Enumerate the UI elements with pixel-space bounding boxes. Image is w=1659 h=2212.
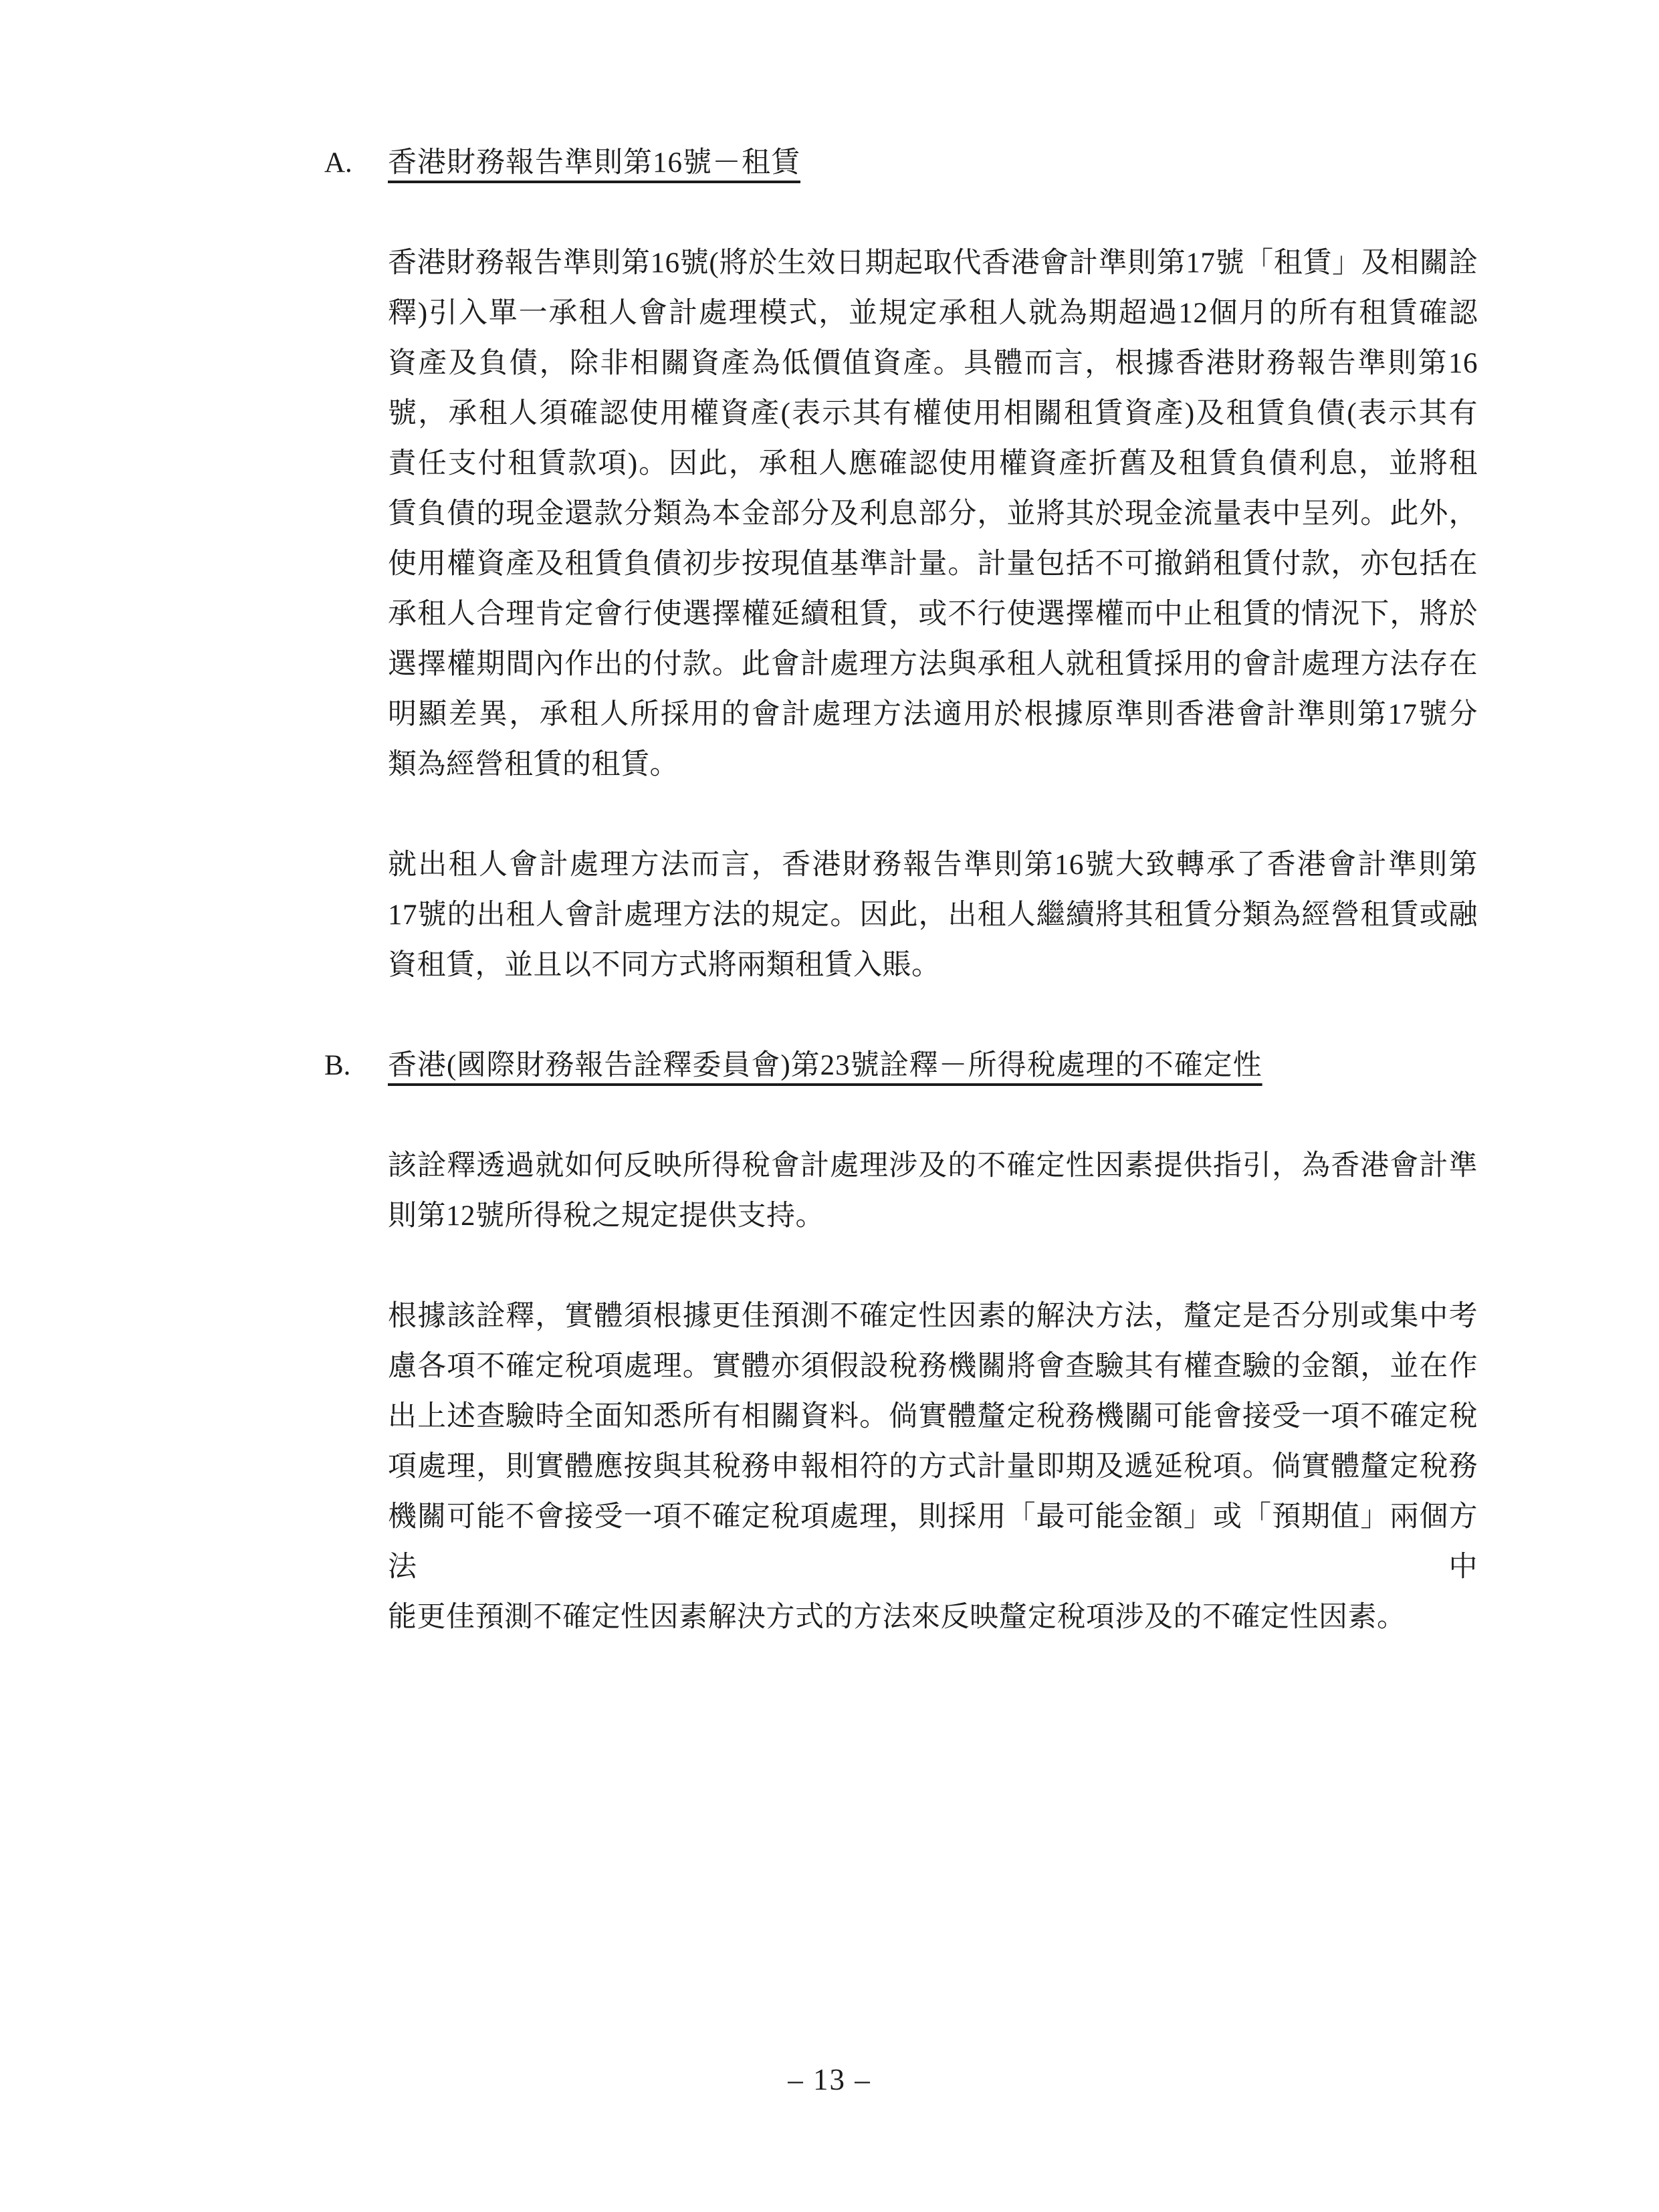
section-a-paragraph-1: 香港財務報告準則第16號(將於生效日期起取代香港會計準則第17號「租賃」及相關詮… xyxy=(388,238,1478,790)
text-line: 則第12號所得稅之規定提供支持。 xyxy=(388,1191,1478,1241)
text-line: 承租人合理肯定會行使選擇權延續租賃，或不行使選擇權而中止租賃的情況下，將於 xyxy=(388,589,1478,639)
section-b: B. 香港(國際財務報告詮釋委員會)第23號詮釋－所得稅處理的不確定性 該詮釋透… xyxy=(0,1040,1659,1642)
section-a-heading: 香港財務報告準則第16號－租賃 xyxy=(388,138,800,188)
text-line: 選擇權期間內作出的付款。此會計處理方法與承租人就租賃採用的會計處理方法存在 xyxy=(388,639,1478,689)
section-a: A. 香港財務報告準則第16號－租賃 香港財務報告準則第16號(將於生效日期起取… xyxy=(0,138,1659,990)
text-line: 釋)引入單一承租人會計處理模式，並規定承租人就為期超過12個月的所有租賃確認 xyxy=(388,288,1478,338)
page-number: – 13 – xyxy=(0,2063,1659,2096)
text-line: 能更佳預測不確定性因素解決方式的方法來反映釐定稅項涉及的不確定性因素。 xyxy=(388,1592,1478,1642)
section-b-paragraph-1: 該詮釋透過就如何反映所得稅會計處理涉及的不確定性因素提供指引，為香港會計準 則第… xyxy=(388,1141,1478,1241)
section-a-paragraph-2: 就出租人會計處理方法而言，香港財務報告準則第16號大致轉承了香港會計準則第 17… xyxy=(388,840,1478,990)
text-line: 責任支付租賃款項)。因此，承租人應確認使用權資產折舊及租賃負債利息，並將租 xyxy=(388,439,1478,489)
text-line: 項處理，則實體應按與其稅務申報相符的方式計量即期及遞延稅項。倘實體釐定稅務 xyxy=(388,1442,1478,1492)
text-line: 慮各項不確定稅項處理。實體亦須假設稅務機關將會查驗其有權查驗的金額，並在作 xyxy=(388,1341,1478,1392)
section-a-label: A. xyxy=(324,138,388,188)
text-line: 17號的出租人會計處理方法的規定。因此，出租人繼續將其租賃分類為經營租賃或融 xyxy=(388,890,1478,940)
section-a-heading-row: A. 香港財務報告準則第16號－租賃 xyxy=(0,138,1659,188)
section-b-label: B. xyxy=(324,1040,388,1091)
text-line: 出上述查驗時全面知悉所有相關資料。倘實體釐定稅務機關可能會接受一項不確定稅 xyxy=(388,1392,1478,1442)
text-line: 資租賃，並且以不同方式將兩類租賃入賬。 xyxy=(388,940,1478,990)
text-line: 香港財務報告準則第16號(將於生效日期起取代香港會計準則第17號「租賃」及相關詮 xyxy=(388,238,1478,288)
text-line: 賃負債的現金還款分類為本金部分及利息部分，並將其於現金流量表中呈列。此外， xyxy=(388,489,1478,539)
text-line: 根據該詮釋，實體須根據更佳預測不確定性因素的解決方法，釐定是否分別或集中考 xyxy=(388,1291,1478,1341)
text-line: 該詮釋透過就如何反映所得稅會計處理涉及的不確定性因素提供指引，為香港會計準 xyxy=(388,1141,1478,1191)
text-line: 類為經營租賃的租賃。 xyxy=(388,740,1478,790)
section-b-paragraph-2: 根據該詮釋，實體須根據更佳預測不確定性因素的解決方法，釐定是否分別或集中考 慮各… xyxy=(388,1291,1478,1642)
text-line: 機關可能不會接受一項不確定稅項處理，則採用「最可能金額」或「預期值」兩個方法中 xyxy=(388,1492,1478,1592)
text-line: 明顯差異，承租人所採用的會計處理方法適用於根據原準則香港會計準則第17號分 xyxy=(388,689,1478,740)
text-line: 使用權資產及租賃負債初步按現值基準計量。計量包括不可撤銷租賃付款，亦包括在 xyxy=(388,539,1478,589)
document-page: A. 香港財務報告準則第16號－租賃 香港財務報告準則第16號(將於生效日期起取… xyxy=(0,0,1659,2212)
page-content: A. 香港財務報告準則第16號－租賃 香港財務報告準則第16號(將於生效日期起取… xyxy=(0,138,1659,1642)
text-line: 資產及負債，除非相關資產為低價值資產。具體而言，根據香港財務報告準則第16 xyxy=(388,338,1478,389)
text-line: 就出租人會計處理方法而言，香港財務報告準則第16號大致轉承了香港會計準則第 xyxy=(388,840,1478,890)
section-b-heading-row: B. 香港(國際財務報告詮釋委員會)第23號詮釋－所得稅處理的不確定性 xyxy=(0,1040,1659,1091)
section-b-heading: 香港(國際財務報告詮釋委員會)第23號詮釋－所得稅處理的不確定性 xyxy=(388,1040,1262,1091)
text-line: 號，承租人須確認使用權資產(表示其有權使用相關租賃資產)及租賃負債(表示其有 xyxy=(388,389,1478,439)
